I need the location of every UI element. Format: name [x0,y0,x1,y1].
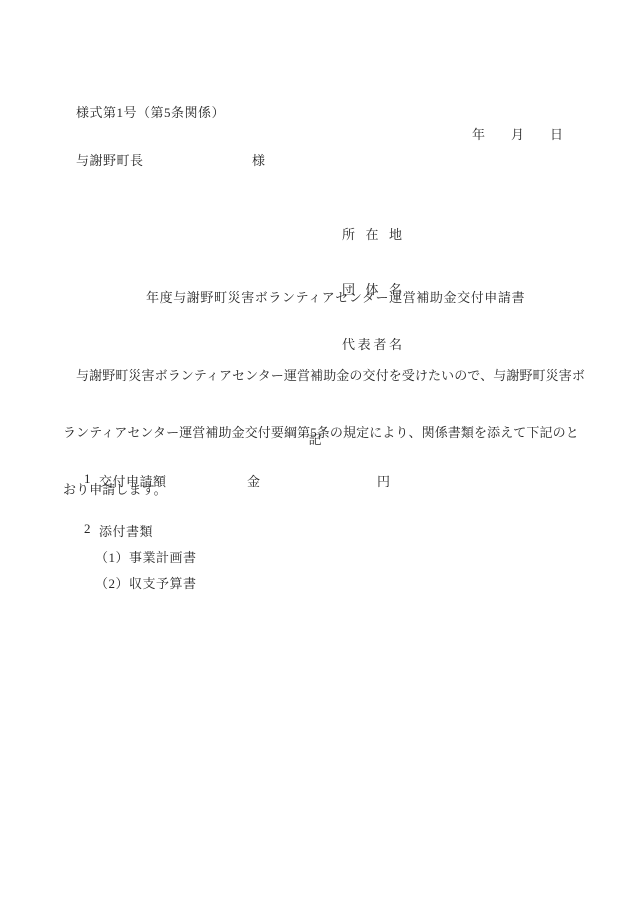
item-1-number: 1 [84,471,91,487]
item-1-unit-suffix: 円 [377,471,390,490]
addressee-name: 与謝野町長 [76,150,144,169]
date-line: 年 月 日 [472,124,563,143]
application-form-page: 様式第1号（第5条関係） 年 月 日 与謝野町長 様 所在地 団体名 代表者名 … [0,0,630,903]
record-marker: 記 [0,429,630,448]
attachment-item-business-plan: （1）事業計画書 [95,547,197,566]
document-title: 年度与謝野町災害ボランティアセンター運営補助金交付申請書 [146,287,525,306]
body-line: 与謝野町災害ボランティアセンター運営補助金の交付を受けたいので、与謝野町災害ボ [63,363,575,388]
item-1-label: 交付申請額 [99,471,167,490]
addressee-honorific: 様 [252,150,265,169]
item-2-label: 添付書類 [99,521,153,540]
applicant-field-address: 所在地 [342,228,402,251]
item-2-number: 2 [84,521,91,537]
item-1-currency-prefix: 金 [247,471,260,490]
attachment-item-budget: （2）収支予算書 [95,573,197,592]
form-number: 様式第1号（第5条関係） [76,102,225,121]
